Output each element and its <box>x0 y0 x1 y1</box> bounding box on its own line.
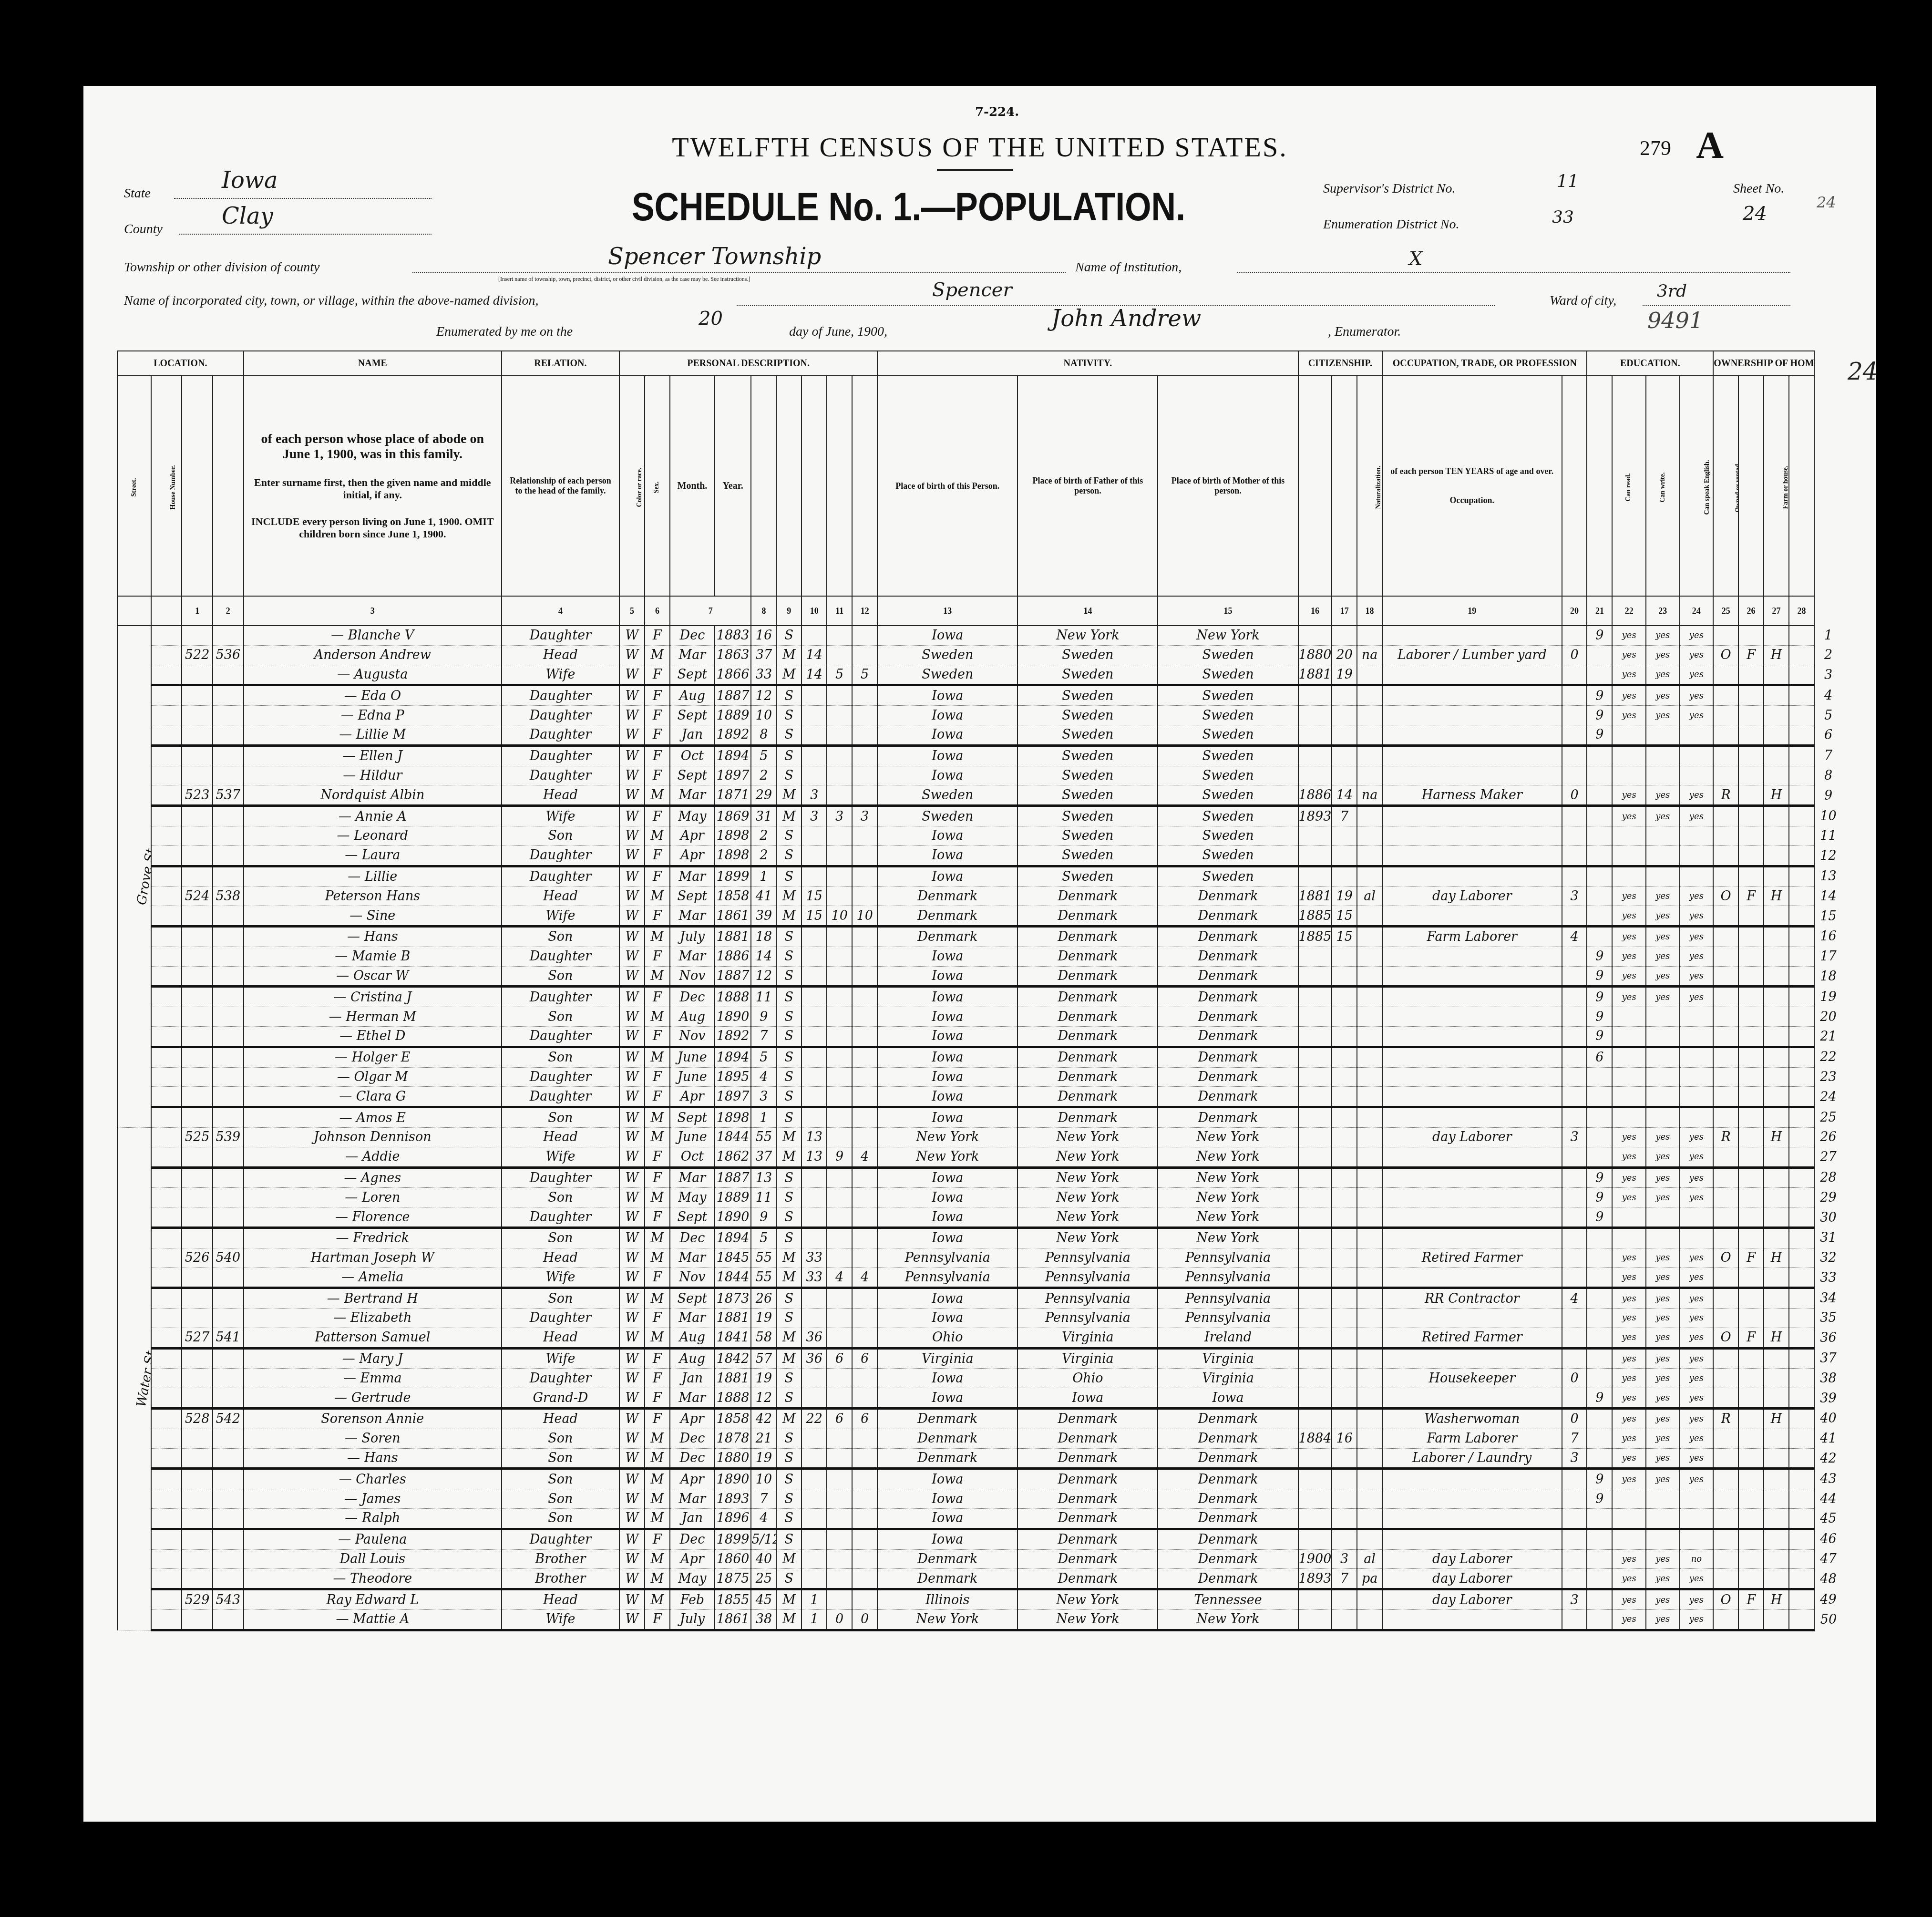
father-birthplace: Denmark <box>1017 966 1158 987</box>
line-number: 12 <box>1814 845 1842 866</box>
sex: F <box>645 987 670 1007</box>
dwelling-number <box>182 1026 213 1047</box>
months-unemployed <box>1562 1469 1587 1489</box>
person-name: Ray Edward L <box>244 1589 502 1610</box>
free-mortgaged <box>1738 1268 1764 1288</box>
owned-rented <box>1713 1448 1738 1469</box>
can-write: yes <box>1646 806 1680 826</box>
sex: M <box>645 926 670 947</box>
owned-rented <box>1713 966 1738 987</box>
naturalization <box>1357 685 1382 706</box>
can-write <box>1646 1007 1680 1027</box>
line-number: 38 <box>1814 1369 1842 1388</box>
mother-birthplace: Denmark <box>1158 1409 1298 1429</box>
owned-rented <box>1713 1047 1738 1067</box>
immigration-year <box>1298 1026 1332 1047</box>
marital-status: S <box>776 866 802 886</box>
owned-rented <box>1713 1207 1738 1228</box>
months-unemployed <box>1562 987 1587 1007</box>
birth-year: 1866 <box>715 665 751 685</box>
age: 19 <box>751 1369 776 1388</box>
immigration-year <box>1298 1489 1332 1509</box>
months-unemployed: 4 <box>1562 1288 1587 1309</box>
owned-rented <box>1713 926 1738 947</box>
children-living <box>852 1429 877 1448</box>
age: 55 <box>751 1127 776 1147</box>
color-race: W <box>619 866 645 886</box>
speaks-english <box>1680 766 1714 785</box>
birthplace: Iowa <box>877 987 1017 1007</box>
naturalization <box>1357 1388 1382 1409</box>
years-in-us <box>1332 1489 1357 1509</box>
mother-birthplace: Denmark <box>1158 1549 1298 1569</box>
can-read: yes <box>1612 1569 1646 1589</box>
naturalization <box>1357 1429 1382 1448</box>
table-row: 528542Sorenson AnnieHeadWFApr185842M2266… <box>117 1409 1842 1429</box>
can-write <box>1646 1026 1680 1047</box>
years-in-us <box>1332 1047 1357 1067</box>
immigration-year <box>1298 1127 1332 1147</box>
children-living <box>852 1569 877 1589</box>
can-read <box>1612 745 1646 766</box>
house-number <box>151 886 182 906</box>
table-row: — FlorenceDaughterWFSept18909SIowaNew Yo… <box>117 1207 1842 1228</box>
father-birthplace: Denmark <box>1017 1026 1158 1047</box>
color-race: W <box>619 947 645 966</box>
house-number <box>151 1489 182 1509</box>
line-number: 4 <box>1814 685 1842 706</box>
person-name: — Ralph <box>244 1509 502 1529</box>
age: 57 <box>751 1348 776 1369</box>
free-mortgaged <box>1738 1369 1764 1388</box>
birth-month: Mar <box>670 1309 715 1328</box>
column-number: 19 <box>1382 596 1562 626</box>
birth-month: Sept <box>670 766 715 785</box>
years-married <box>802 1007 827 1027</box>
years-married <box>802 1047 827 1067</box>
speaks-english: yes <box>1680 1268 1714 1288</box>
table-row: Dall LouisBrotherWMApr186040MDenmarkDenm… <box>117 1549 1842 1569</box>
mother-of-children <box>827 866 852 886</box>
age: 11 <box>751 987 776 1007</box>
can-write <box>1646 745 1680 766</box>
sex: F <box>645 1369 670 1388</box>
birthplace: Denmark <box>877 1429 1017 1448</box>
sex: F <box>645 725 670 745</box>
speaks-english: yes <box>1680 1127 1714 1147</box>
occupation <box>1382 866 1562 886</box>
farm-house <box>1764 1309 1789 1328</box>
months-unemployed <box>1562 1268 1587 1288</box>
children-living <box>852 785 877 806</box>
years-in-us <box>1332 1167 1357 1188</box>
sex: F <box>645 1309 670 1328</box>
family-number: 540 <box>213 1248 244 1268</box>
birthplace: Iowa <box>877 745 1017 766</box>
table-row: — Herman MSonWMAug18909SIowaDenmarkDenma… <box>117 1007 1842 1027</box>
speaks-english <box>1680 1529 1714 1549</box>
birthplace: Iowa <box>877 1047 1017 1067</box>
line-number: 14 <box>1814 886 1842 906</box>
farm-house: H <box>1764 645 1789 665</box>
farm-house <box>1764 1569 1789 1589</box>
dwelling-number <box>182 1509 213 1529</box>
marital-status: S <box>776 1369 802 1388</box>
person-name: — Hildur <box>244 766 502 785</box>
school-months <box>1587 926 1612 947</box>
farm-schedule <box>1789 1007 1814 1027</box>
mother-birthplace: Virginia <box>1158 1348 1298 1369</box>
relation: Son <box>502 1489 619 1509</box>
col-attended-school: Attended school (in months). <box>1587 376 1612 596</box>
table-row: — CharlesSonWMApr189010SIowaDenmarkDenma… <box>117 1469 1842 1489</box>
father-birthplace: Ohio <box>1017 1369 1158 1388</box>
can-write: yes <box>1646 626 1680 645</box>
line-number: 7 <box>1814 745 1842 766</box>
color-race: W <box>619 1448 645 1469</box>
state-line <box>174 198 432 199</box>
years-in-us <box>1332 1309 1357 1328</box>
speaks-english: yes <box>1680 785 1714 806</box>
house-number <box>151 1569 182 1589</box>
mother-birthplace: Sweden <box>1158 745 1298 766</box>
immigration-year <box>1298 706 1332 725</box>
mother-birthplace: Denmark <box>1158 1047 1298 1067</box>
column-number: 27 <box>1764 596 1789 626</box>
immigration-year: 1893 <box>1298 806 1332 826</box>
relation: Son <box>502 1007 619 1027</box>
person-name: Nordquist Albin <box>244 785 502 806</box>
mother-birthplace: Denmark <box>1158 1007 1298 1027</box>
house-number <box>151 1589 182 1610</box>
school-months <box>1587 906 1612 927</box>
birth-month: Jan <box>670 1509 715 1529</box>
birthplace: Iowa <box>877 1007 1017 1027</box>
birth-month: Sept <box>670 1107 715 1128</box>
children-living <box>852 1509 877 1529</box>
birth-year: 1862 <box>715 1147 751 1167</box>
table-row: — JamesSonWMMar18937SIowaDenmarkDenmark9… <box>117 1489 1842 1509</box>
can-read: yes <box>1612 1589 1646 1610</box>
relation: Head <box>502 1328 619 1348</box>
occupation <box>1382 1087 1562 1107</box>
months-unemployed: 0 <box>1562 1369 1587 1388</box>
farm-schedule <box>1789 1167 1814 1188</box>
person-name: — Addie <box>244 1147 502 1167</box>
school-months: 9 <box>1587 626 1612 645</box>
children-living <box>852 626 877 645</box>
occupation <box>1382 725 1562 745</box>
township-value: Spencer Township <box>608 243 821 270</box>
relation: Daughter <box>502 987 619 1007</box>
birth-year: 1861 <box>715 1610 751 1630</box>
birth-month: Dec <box>670 626 715 645</box>
header-personal-description: PERSONAL DESCRIPTION. <box>619 351 877 376</box>
marital-status: S <box>776 1429 802 1448</box>
city-label: Name of incorporated city, town, or vill… <box>124 293 538 309</box>
column-number: 21 <box>1587 596 1612 626</box>
father-birthplace: Denmark <box>1017 906 1158 927</box>
population-schedule-table: LOCATION. NAME RELATION. PERSONAL DESCRI… <box>117 350 1843 1631</box>
school-months <box>1587 665 1612 685</box>
farm-house <box>1764 966 1789 987</box>
mother-of-children <box>827 1288 852 1309</box>
line-number: 30 <box>1814 1207 1842 1228</box>
relation: Daughter <box>502 1309 619 1328</box>
marital-status: S <box>776 1529 802 1549</box>
dwelling-number <box>182 1348 213 1369</box>
mother-birthplace: Sweden <box>1158 685 1298 706</box>
relation: Daughter <box>502 706 619 725</box>
free-mortgaged: F <box>1738 886 1764 906</box>
marital-status: M <box>776 785 802 806</box>
birth-month: Mar <box>670 1388 715 1409</box>
ward-label: Ward of city, <box>1550 293 1616 309</box>
birth-month: Mar <box>670 866 715 886</box>
person-name: — Paulena <box>244 1529 502 1549</box>
occupation <box>1382 1268 1562 1288</box>
person-name: — Mary J <box>244 1348 502 1369</box>
column-number: 14 <box>1017 596 1158 626</box>
mother-of-children <box>827 1188 852 1207</box>
children-living <box>852 987 877 1007</box>
sex: F <box>645 1529 670 1549</box>
mother-birthplace: Pennsylvania <box>1158 1248 1298 1268</box>
owned-rented <box>1713 1569 1738 1589</box>
farm-house <box>1764 1610 1789 1630</box>
naturalization <box>1357 1188 1382 1207</box>
occupation <box>1382 665 1562 685</box>
months-unemployed <box>1562 806 1587 826</box>
family-number <box>213 845 244 866</box>
column-number: 28 <box>1789 596 1814 626</box>
farm-house <box>1764 1107 1789 1128</box>
age: 3 <box>751 1087 776 1107</box>
naturalization <box>1357 1207 1382 1228</box>
mother-birthplace: New York <box>1158 626 1298 645</box>
sex: M <box>645 1469 670 1489</box>
speaks-english <box>1680 1107 1714 1128</box>
mother-of-children <box>827 1107 852 1128</box>
sheet-number: 24 <box>1743 203 1767 225</box>
farm-house <box>1764 906 1789 927</box>
speaks-english <box>1680 725 1714 745</box>
sex: M <box>645 1448 670 1469</box>
mother-of-children <box>827 1509 852 1529</box>
months-unemployed <box>1562 1569 1587 1589</box>
occupation <box>1382 845 1562 866</box>
can-write: yes <box>1646 1167 1680 1188</box>
color-race: W <box>619 1369 645 1388</box>
table-row: — ElizabethDaughterWFMar188119SIowaPenns… <box>117 1309 1842 1328</box>
sex: M <box>645 1569 670 1589</box>
farm-schedule <box>1789 1067 1814 1087</box>
relation: Daughter <box>502 866 619 886</box>
line-number: 47 <box>1814 1549 1842 1569</box>
years-married <box>802 1288 827 1309</box>
owned-rented <box>1713 1087 1738 1107</box>
birth-year: 1894 <box>715 1227 751 1248</box>
age: 8 <box>751 725 776 745</box>
father-birthplace: Iowa <box>1017 1388 1158 1409</box>
months-unemployed <box>1562 665 1587 685</box>
birth-month: Dec <box>670 1227 715 1248</box>
birth-year: 1869 <box>715 806 751 826</box>
marital-status: S <box>776 1107 802 1128</box>
family-number <box>213 966 244 987</box>
mother-birthplace: Denmark <box>1158 1107 1298 1128</box>
page-number: 279 <box>1640 136 1671 160</box>
years-married: 14 <box>802 665 827 685</box>
farm-schedule <box>1789 1248 1814 1268</box>
months-unemployed <box>1562 1328 1587 1348</box>
months-unemployed <box>1562 1067 1587 1087</box>
table-row: — AddieWifeWFOct186237M1394New YorkNew Y… <box>117 1147 1842 1167</box>
mother-of-children: 0 <box>827 1610 852 1630</box>
birth-year: 1844 <box>715 1268 751 1288</box>
family-number: 536 <box>213 645 244 665</box>
column-number <box>151 596 182 626</box>
farm-schedule <box>1789 1489 1814 1509</box>
speaks-english: yes <box>1680 1147 1714 1167</box>
institution-line <box>1237 272 1790 273</box>
house-number <box>151 1007 182 1027</box>
naturalization <box>1357 1448 1382 1469</box>
mother-birthplace: Sweden <box>1158 645 1298 665</box>
sex: F <box>645 1268 670 1288</box>
birth-year: 1883 <box>715 626 751 645</box>
mother-birthplace: Denmark <box>1158 1489 1298 1509</box>
line-number: 39 <box>1814 1388 1842 1409</box>
person-name: — James <box>244 1489 502 1509</box>
column-number: 9 <box>776 596 802 626</box>
school-months <box>1587 1248 1612 1268</box>
family-number <box>213 947 244 966</box>
birth-year: 1871 <box>715 785 751 806</box>
father-birthplace: Sweden <box>1017 866 1158 886</box>
mother-birthplace: Sweden <box>1158 706 1298 725</box>
years-in-us <box>1332 1448 1357 1469</box>
years-in-us <box>1332 947 1357 966</box>
age: 2 <box>751 845 776 866</box>
color-race: W <box>619 685 645 706</box>
line-number: 6 <box>1814 725 1842 745</box>
title-divider <box>937 169 1013 171</box>
family-number <box>213 1268 244 1288</box>
can-read: yes <box>1612 1188 1646 1207</box>
table-row: — LillieDaughterWFMar18991SIowaSwedenSwe… <box>117 866 1842 886</box>
house-number <box>151 1188 182 1207</box>
family-number <box>213 1549 244 1569</box>
children-living <box>852 947 877 966</box>
dwelling-number <box>182 966 213 987</box>
line-number: 17 <box>1814 947 1842 966</box>
color-race: W <box>619 1348 645 1369</box>
can-write: yes <box>1646 947 1680 966</box>
marital-status: S <box>776 1509 802 1529</box>
birth-year: 1890 <box>715 1469 751 1489</box>
children-living <box>852 1549 877 1569</box>
months-unemployed <box>1562 1610 1587 1630</box>
years-married <box>802 725 827 745</box>
header-occupation: OCCUPATION, TRADE, OR PROFESSION <box>1382 351 1587 376</box>
mother-of-children <box>827 1248 852 1268</box>
immigration-year <box>1298 1409 1332 1429</box>
sex: F <box>645 626 670 645</box>
dwelling-number <box>182 947 213 966</box>
school-months <box>1587 1589 1612 1610</box>
dwelling-number: 529 <box>182 1589 213 1610</box>
owned-rented: O <box>1713 1589 1738 1610</box>
years-married <box>802 1429 827 1448</box>
immigration-year <box>1298 987 1332 1007</box>
mother-of-children <box>827 987 852 1007</box>
years-married <box>802 1509 827 1529</box>
farm-schedule <box>1789 966 1814 987</box>
birthplace: Iowa <box>877 1067 1017 1087</box>
dwelling-number: 524 <box>182 886 213 906</box>
immigration-year: 1885 <box>1298 906 1332 927</box>
family-number <box>213 1067 244 1087</box>
person-name: Dall Louis <box>244 1549 502 1569</box>
house-number <box>151 926 182 947</box>
family-number <box>213 1489 244 1509</box>
owned-rented <box>1713 1610 1738 1630</box>
naturalization <box>1357 626 1382 645</box>
house-number <box>151 1409 182 1429</box>
can-write <box>1646 1509 1680 1529</box>
color-race: W <box>619 1227 645 1248</box>
speaks-english: yes <box>1680 1188 1714 1207</box>
farm-schedule <box>1789 845 1814 866</box>
school-months <box>1587 645 1612 665</box>
school-months <box>1587 1549 1612 1569</box>
relation: Son <box>502 1469 619 1489</box>
column-number: 26 <box>1738 596 1764 626</box>
owned-rented <box>1713 1167 1738 1188</box>
can-read: yes <box>1612 1127 1646 1147</box>
birth-month: Dec <box>670 1429 715 1448</box>
column-number: 3 <box>244 596 502 626</box>
free-mortgaged <box>1738 685 1764 706</box>
farm-house <box>1764 1047 1789 1067</box>
house-number <box>151 1147 182 1167</box>
marital-status: S <box>776 1167 802 1188</box>
occupation <box>1382 1469 1562 1489</box>
years-in-us <box>1332 1147 1357 1167</box>
col-children-living: Number of these children living. <box>852 376 877 596</box>
speaks-english <box>1680 1087 1714 1107</box>
birthplace: Pennsylvania <box>877 1248 1017 1268</box>
children-living <box>852 1167 877 1188</box>
sheet-annotation: 24 <box>1817 193 1836 211</box>
county-label: County <box>124 222 163 237</box>
free-mortgaged: F <box>1738 1248 1764 1268</box>
occupation: Housekeeper <box>1382 1369 1562 1388</box>
relation: Daughter <box>502 1087 619 1107</box>
table-row: Water St525539Johnson DennisonHeadWMJune… <box>117 1127 1842 1147</box>
dwelling-number <box>182 766 213 785</box>
can-write: yes <box>1646 1248 1680 1268</box>
dwelling-number <box>182 1549 213 1569</box>
birth-month: Jan <box>670 1369 715 1388</box>
relation: Grand-D <box>502 1388 619 1409</box>
free-mortgaged <box>1738 1026 1764 1047</box>
owned-rented <box>1713 906 1738 927</box>
farm-house <box>1764 1087 1789 1107</box>
mother-of-children: 10 <box>827 906 852 927</box>
free-mortgaged <box>1738 1047 1764 1067</box>
